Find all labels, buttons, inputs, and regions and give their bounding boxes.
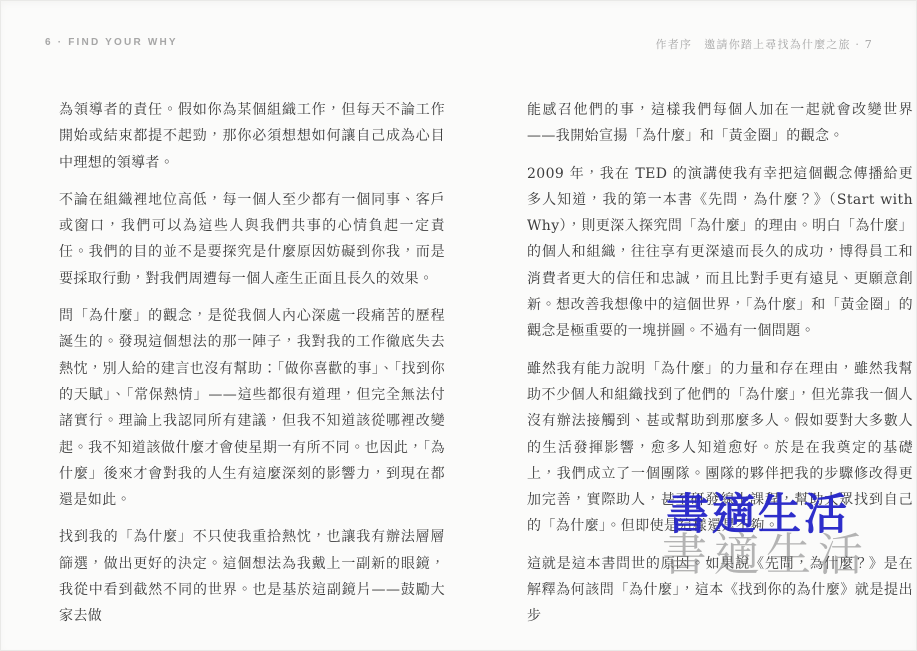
paragraph: 能感召他們的事，這樣我們每個人加在一起就會改變世界——我開始宣揚「為什麼」和「黃… [527,97,913,150]
paragraph: 2009 年，我在 TED 的演講使我有幸把這個觀念傳播給更多人知道，我的第一本… [527,161,913,345]
left-page-text-column: 為領導者的責任。假如你為某個組織工作，但每天不論工作開始或結束都提不起勁，那你必… [59,97,445,641]
paragraph: 這就是這本書問世的原因。如果說《先問，為什麼？》是在解釋為何該問「為什麼」，這本… [527,551,913,630]
right-page-text-column: 能感召他們的事，這樣我們每個人加在一起就會改變世界——我開始宣揚「為什麼」和「黃… [527,97,913,641]
paragraph: 不論在組織裡地位高低，每一個人至少都有一個同事、客戶或窗口，我們可以為這些人與我… [59,187,445,292]
paragraph: 找到我的「為什麼」不只使我重拾熱忱，也讓我有辦法層層篩選，做出更好的決定。這個想… [59,524,445,629]
running-head-left: 6 · FIND YOUR WHY [45,37,178,48]
paragraph: 雖然我有能力說明「為什麼」的力量和存在理由，雖然我幫助不少個人和組織找到了他們的… [527,356,913,540]
running-head-right: 作者序 邀請你踏上尋找為什麼之旅 · 7 [656,36,874,52]
paragraph: 為領導者的責任。假如你為某個組織工作，但每天不論工作開始或結束都提不起勁，那你必… [59,97,445,176]
paragraph: 問「為什麼」的觀念，是從我個人內心深處一段痛苦的歷程誕生的。發現這個想法的那一陣… [59,303,445,513]
book-spread-page: 6 · FIND YOUR WHY 作者序 邀請你踏上尋找為什麼之旅 · 7 為… [0,0,917,651]
